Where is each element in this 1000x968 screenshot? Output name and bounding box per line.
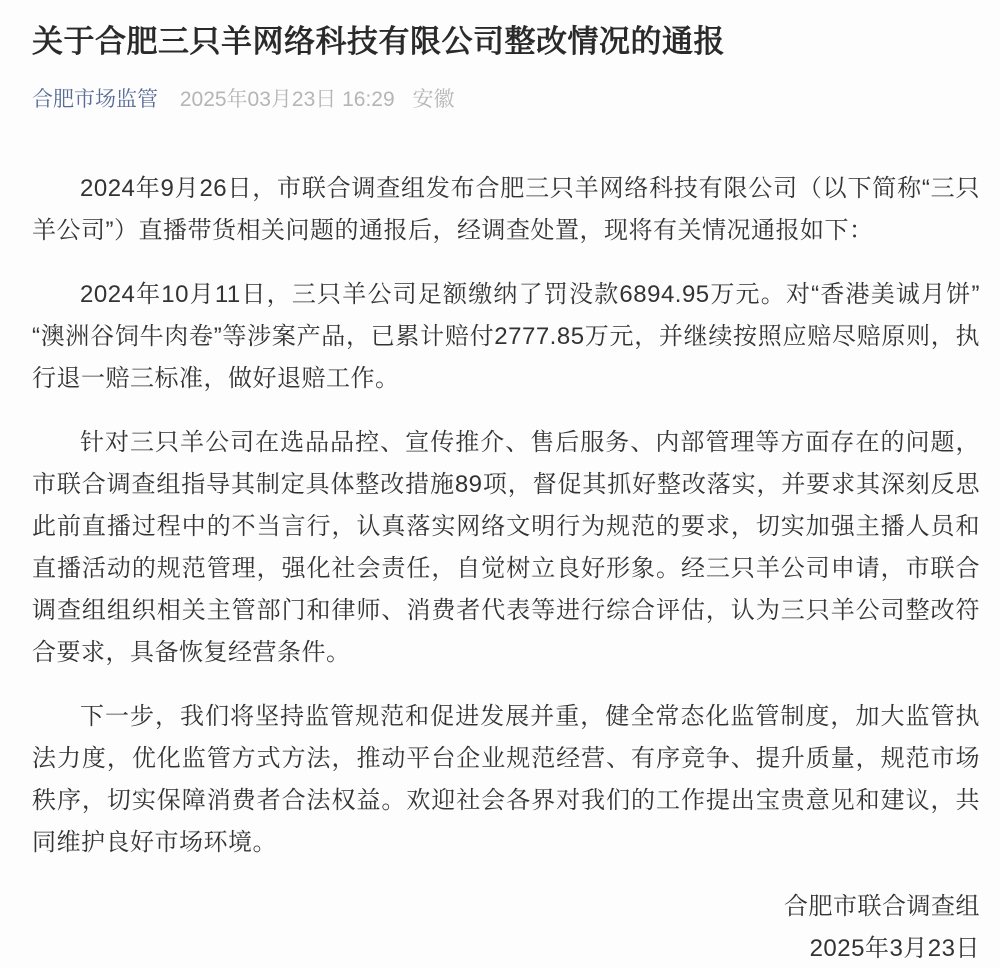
signature-author: 合肥市联合调查组 — [32, 886, 980, 928]
signature-block: 合肥市联合调查组 2025年3月23日 — [32, 886, 980, 968]
article-paragraph: 针对三只羊公司在选品品控、宣传推介、售后服务、内部管理等方面存在的问题，市联合调… — [32, 422, 980, 674]
article-body: 2024年9月26日，市联合调查组发布合肥三只羊网络科技有限公司（以下简称“三只… — [32, 168, 980, 864]
article-paragraph: 2024年10月11日，三只羊公司足额缴纳了罚没款6894.95万元。对“香港美… — [32, 274, 980, 400]
article-paragraph: 下一步，我们将坚持监管规范和促进发展并重，健全常态化监管制度，加大监管执法力度，… — [32, 696, 980, 864]
article-meta: 合肥市场监管 2025年03月23日 16:29 安徽 — [32, 86, 980, 114]
publish-location: 安徽 — [413, 88, 455, 111]
account-name-link[interactable]: 合肥市场监管 — [32, 88, 158, 111]
article-title: 关于合肥三只羊网络科技有限公司整改情况的通报 — [32, 22, 980, 62]
article-page: 关于合肥三只羊网络科技有限公司整改情况的通报 合肥市场监管 2025年03月23… — [0, 0, 1000, 968]
signature-date: 2025年3月23日 — [32, 928, 980, 968]
publish-datetime: 2025年03月23日 16:29 — [180, 88, 395, 111]
article-paragraph: 2024年9月26日，市联合调查组发布合肥三只羊网络科技有限公司（以下简称“三只… — [32, 168, 980, 252]
